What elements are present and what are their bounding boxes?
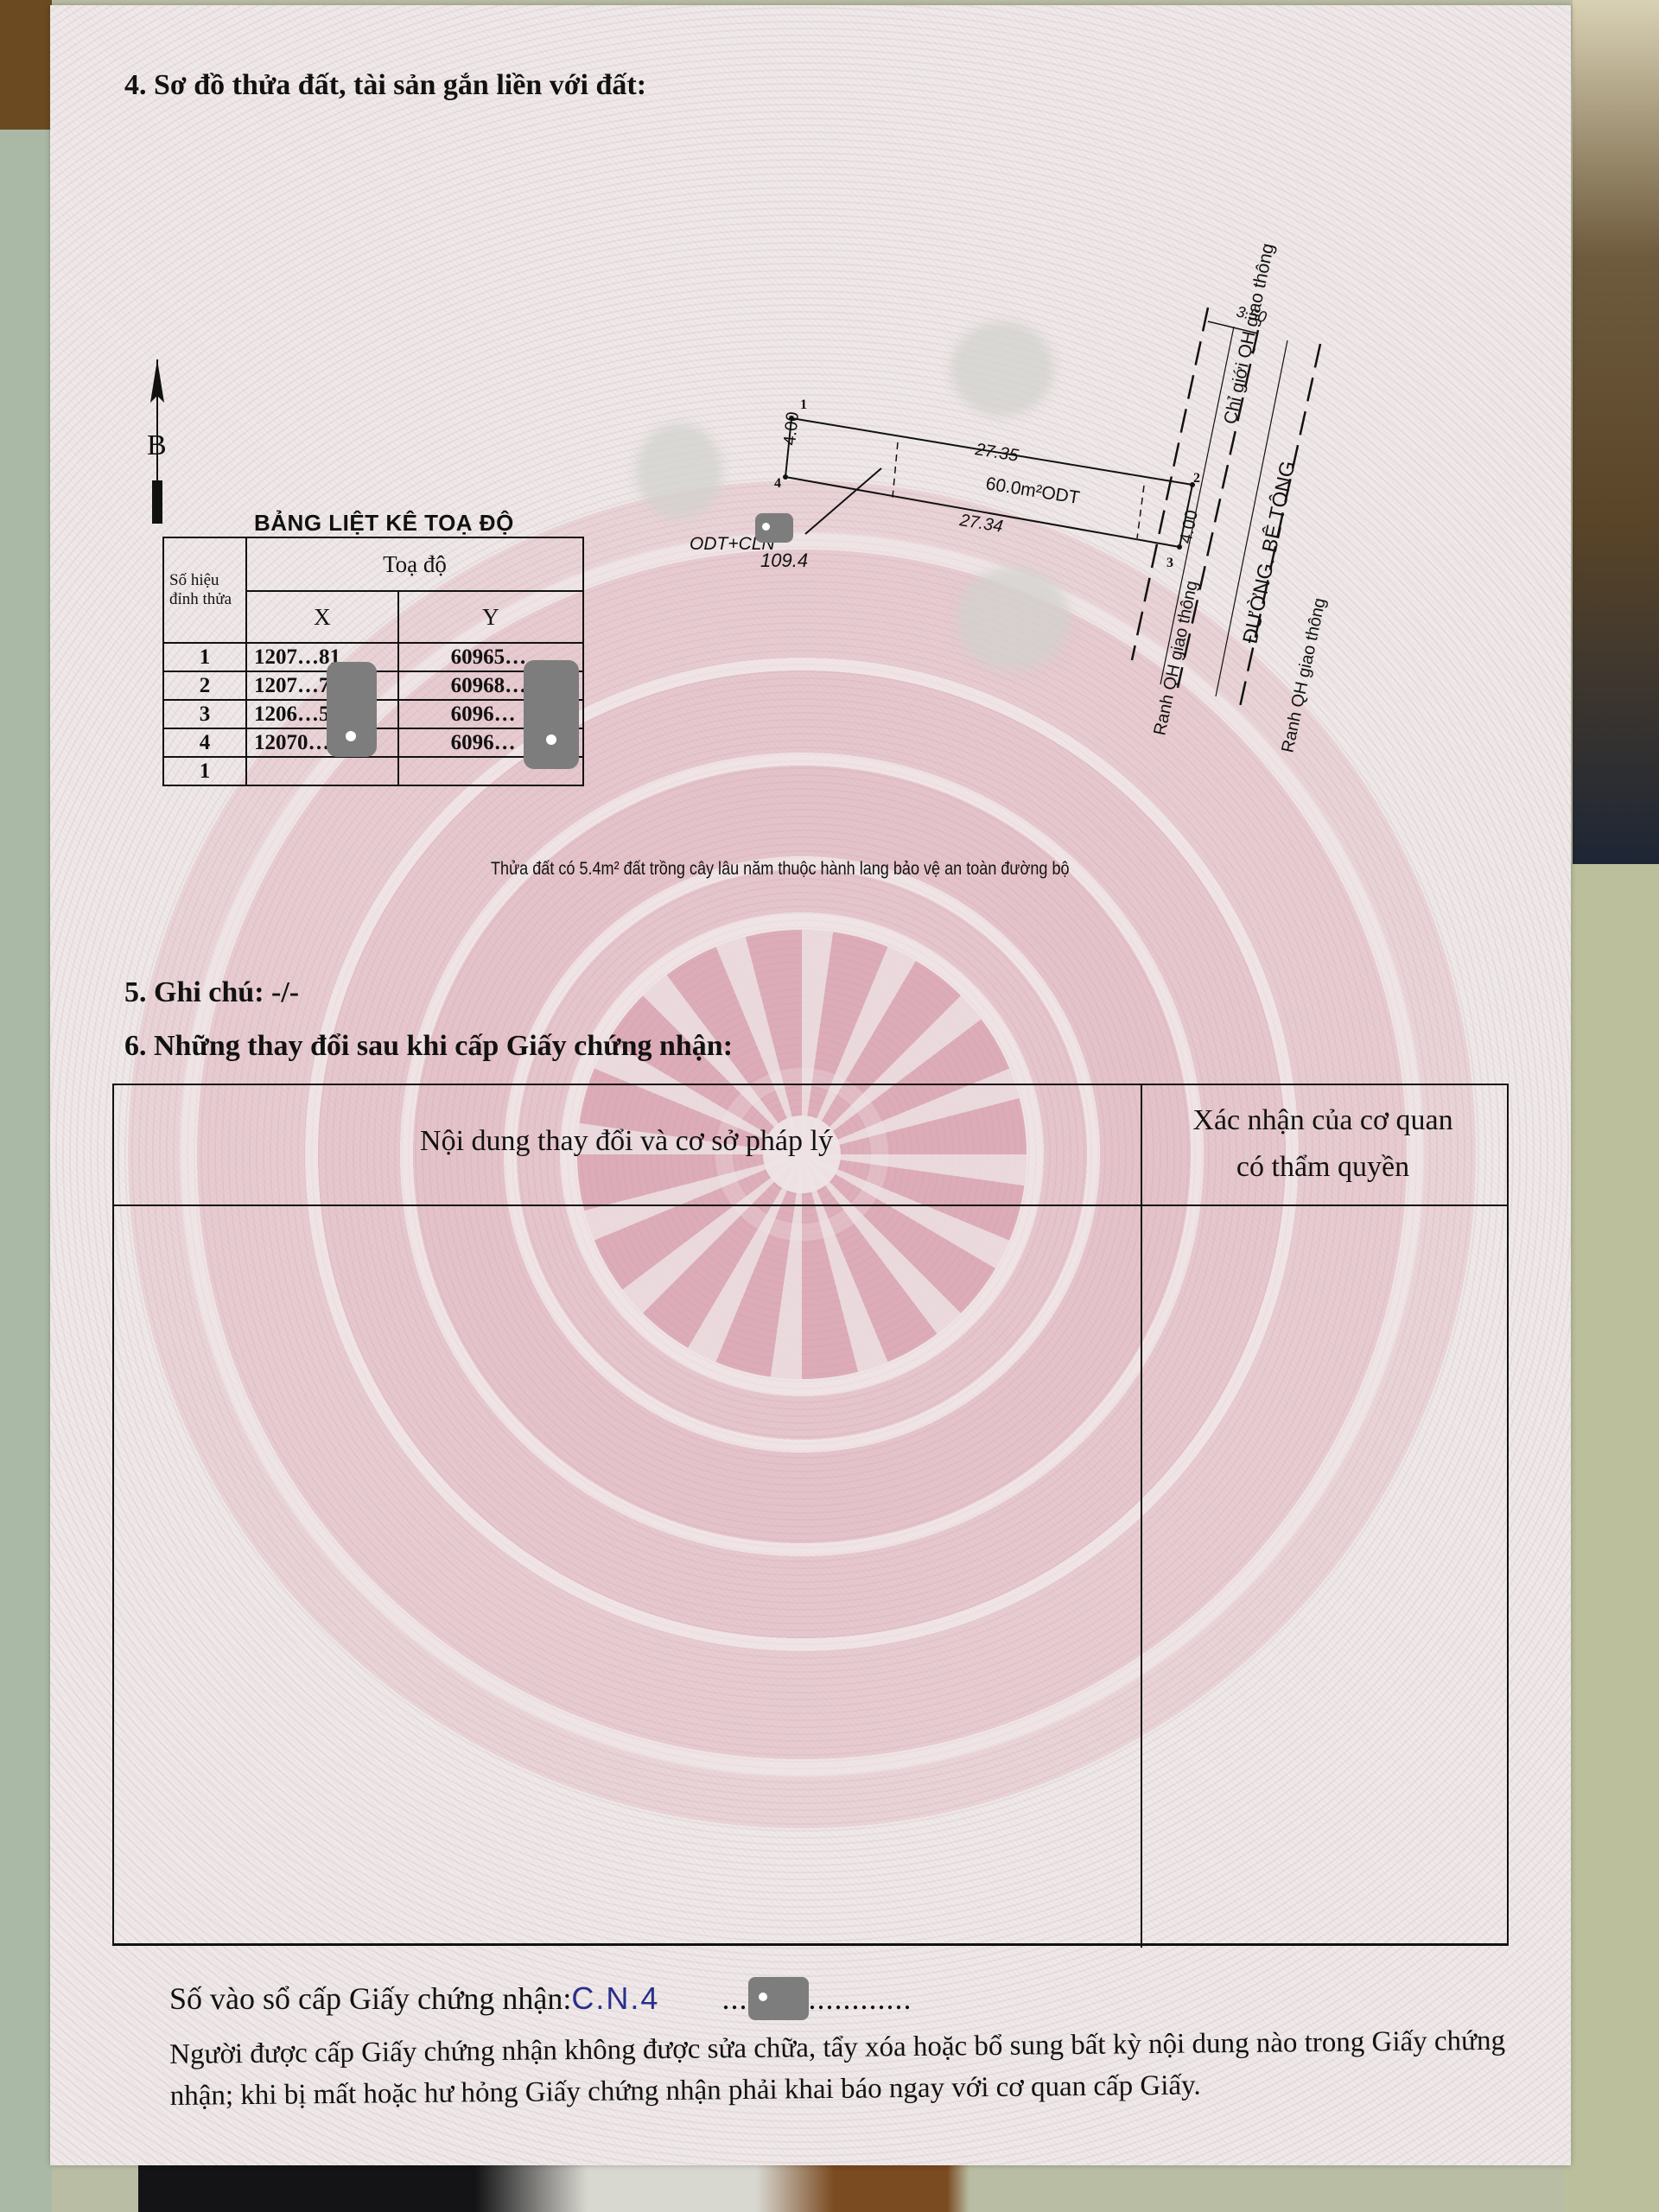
- col-header-change-content: Nội dung thay đổi và cơ sở pháp lý: [112, 1125, 1141, 1158]
- vertex-3-label: 3: [1166, 556, 1173, 570]
- plot-diagram: 1 2 3 4 27.35 27.34 4.00 4.00 60.0m²ODT …: [50, 5, 1571, 783]
- background-floor: [1564, 864, 1659, 2212]
- section-6-title: 6. Những thay đổi sau khi cấp Giấy chứng…: [124, 1030, 733, 1063]
- section-5-title: 5. Ghi chú: -/-: [124, 976, 299, 1009]
- legal-warning: Người được cấp Giấy chứng nhận không đượ…: [169, 2020, 1518, 2117]
- boundary-top-label: Chỉ giới QH giao thông: [1220, 242, 1278, 427]
- vertex-4-label: 4: [774, 476, 781, 491]
- edge-right-length: 4.00: [1176, 508, 1202, 545]
- registration-label: Số vào sổ cấp Giấy chứng nhận:: [169, 1981, 571, 2016]
- vertex-1-label: 1: [800, 397, 807, 412]
- road-name-label: ĐƯỜNG. BÊ TÔNG: [1237, 459, 1300, 645]
- redaction-registration: [748, 1977, 809, 2020]
- vertex-2-label: 2: [1193, 471, 1200, 486]
- background-furniture: [1573, 0, 1659, 864]
- redaction-neighbor: [755, 513, 793, 543]
- background-bottom: [138, 2160, 1262, 2212]
- boundary-left-label: Ranh QH giao thông: [1150, 579, 1201, 737]
- edge-top-length: 27.35: [973, 440, 1020, 466]
- diagram-note: Thửa đất có 5.4m² đất trồng cây lâu năm …: [491, 859, 1070, 880]
- neighbor-parcel-value: 109.4: [760, 550, 808, 571]
- col-header-authority-confirm-2: có thẩm quyền: [1141, 1151, 1505, 1184]
- edge-left-length: 4.00: [780, 410, 803, 446]
- boundary-right-label: Ranh QH giao thông: [1278, 596, 1329, 754]
- certificate-page: 4. Sơ đồ thửa đất, tài sản gắn liền với …: [50, 5, 1571, 2165]
- registration-value: C.N.4: [571, 1980, 659, 2016]
- parcel-area-label: 60.0m²ODT: [984, 474, 1081, 508]
- background-wall: [0, 130, 52, 2212]
- col-header-authority-confirm-1: Xác nhận của cơ quan: [1141, 1104, 1505, 1137]
- changes-table: Nội dung thay đổi và cơ sở pháp lý Xác n…: [112, 1084, 1505, 1953]
